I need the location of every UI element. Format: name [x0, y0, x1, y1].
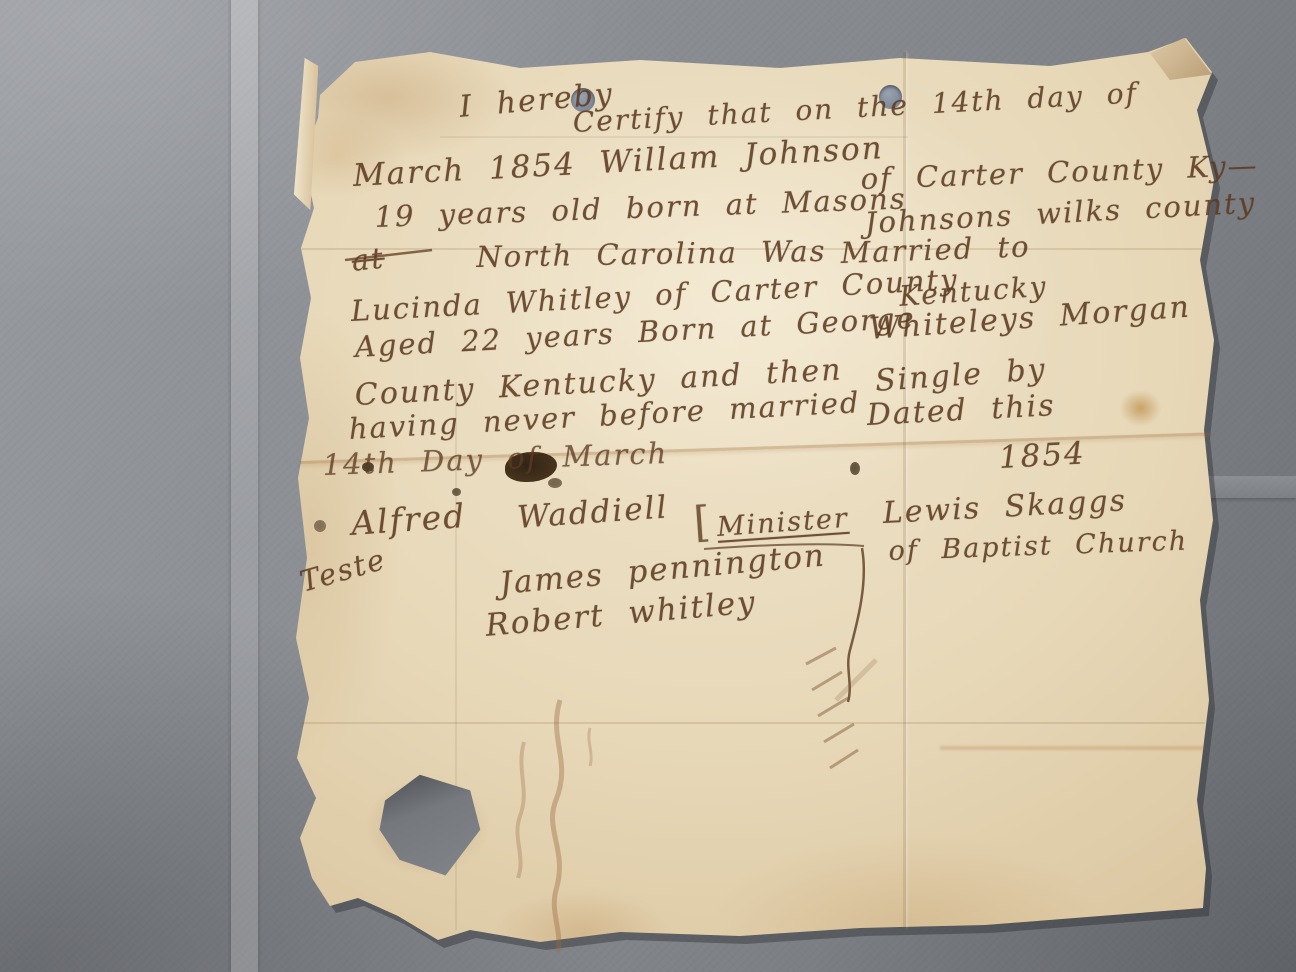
horizontal-fold-crease — [302, 722, 1205, 724]
ink-blot — [314, 520, 326, 532]
ink-blot — [850, 462, 860, 475]
handwriting-groom-line-3: North Carolina Was — [476, 234, 827, 274]
table-surface-stripe — [231, 0, 258, 972]
horizontal-fold-crease — [940, 746, 1205, 750]
handwriting-date-year: 1854 — [998, 435, 1087, 475]
photograph-of-document: I hereby Certify that on the 14th day of… — [0, 0, 1296, 972]
signature-witness-first-name: Alfred — [350, 496, 467, 543]
ink-blot — [452, 488, 461, 496]
ink-blot — [548, 478, 562, 488]
handwriting-struck-word: at — [350, 241, 386, 278]
minister-bracket-mark: [ — [692, 497, 714, 547]
